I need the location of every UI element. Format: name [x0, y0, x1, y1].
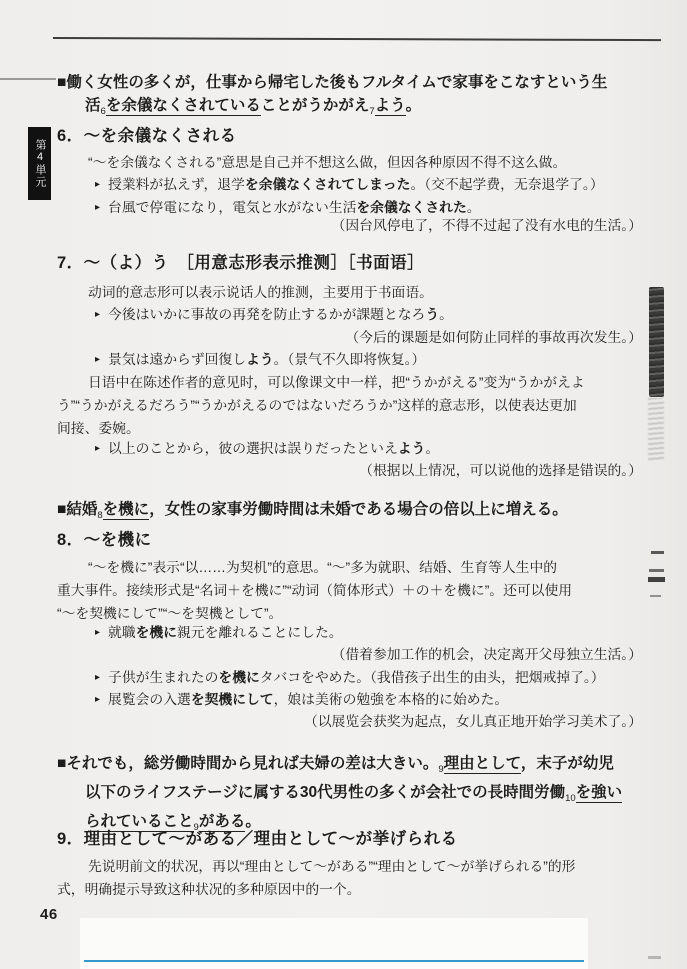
text-line: ▸景気は遠からず回復しよう。（景气不久即将恢复。）: [95, 348, 680, 373]
text-run: よう: [398, 441, 426, 456]
text-run: 。: [425, 441, 439, 456]
text-run: を機に: [218, 670, 259, 685]
text-line: （今后的课题是如何防止同样的事故再次发生。）: [57, 326, 642, 349]
page-number: 46: [40, 906, 58, 923]
sec8-body: “～を機に”表示“以……为契机”的意思。“～”多为就职、结婚、生育等人生中的重大…: [57, 556, 642, 625]
text-run: （因台风停电了，不得不过起了没有水电的生活。）: [332, 218, 642, 233]
left-margin-rule: [0, 78, 56, 80]
sec7-ex2: ▸景気は遠からず回復しよう。（景气不久即将恢复。）: [57, 348, 680, 373]
text-run: （以展览会获奖为起点，女儿真正地开始学习美术了。）: [304, 714, 642, 729]
text-run: 。: [439, 307, 453, 322]
blank-number: 8: [97, 510, 102, 521]
scan-smudge: [648, 577, 665, 582]
text-run: を機に: [136, 625, 177, 640]
text-run: 日语中在陈述作者的意见时，可以像课文中一样，把“うかがえる”变为“うかがえよ: [88, 375, 585, 390]
sec9-heading: 9．理由として～がある／理由として～が挙げられる: [57, 828, 642, 851]
text-line: 活6を余儀なくされていることがうかがえ7よう。: [57, 94, 642, 123]
sec6-body: “～を余儀なくされる”意思是自己并不想这么做，但因各种原因不得不这么做。: [57, 151, 642, 174]
text-run: 。（景气不久即将恢复。）: [274, 352, 426, 367]
text-run: 式，明确提示导致这种状况的多种原因中的一个。: [57, 882, 361, 897]
text-run: 。: [467, 200, 481, 215]
blank-number: 10: [565, 793, 576, 804]
unit-tab: 第4単元: [28, 127, 51, 200]
scan-smudge: [650, 595, 661, 597]
sec7-body2: 日语中在陈述作者的意见时，可以像课文中一样，把“うかがえる”变为“うかがえよう”…: [57, 371, 642, 440]
sec7-heading: 7．～（よ）う ［用意志形表示推测］［书面语］: [57, 252, 642, 275]
sec9-body: 先说明前文的状况，再以“理由として～がある”“理由として～が挙げられる”的形式，…: [57, 855, 642, 901]
sec8-ex1-trans: （借着参加工作的机会，决定离开父母独立生活。）: [57, 643, 687, 666]
text-run: よう: [375, 97, 406, 116]
sec7-ex1-trans: （今后的课题是如何防止同样的事故再次发生。）: [57, 326, 687, 349]
lead-8: ■結婚8を機に，女性の家事労働時間は未婚である場合の倍以上に増える。: [57, 498, 642, 527]
text-run: う”“うかがえるだろう”“うかがえるのではないだろうか”这样的意志形，以使表达更…: [57, 398, 577, 413]
text-run: 动词的意志形可以表示说话人的推测，主要用于书面语。: [88, 285, 433, 300]
text-run: 活: [85, 97, 101, 114]
text-run: 就職: [108, 625, 136, 640]
text-run: 展覧会の入選: [108, 692, 191, 707]
text-run: を余儀なくされてしまった: [245, 177, 411, 192]
text-line: 8．～を機に: [57, 529, 642, 552]
text-line: ▸今後はいかに事故の再発を防止するかが課題となろう。: [95, 303, 680, 328]
sec6-ex2-trans: （因台风停电了，不得不过起了没有水电的生活。）: [57, 214, 672, 237]
text-line: 7．～（よ）う ［用意志形表示推测］［书面语］: [57, 252, 642, 275]
text-run: “～を機に”表示“以……为契机”的意思。“～”多为就职、结婚、生育等人生中的: [88, 560, 557, 575]
text-run: よう: [246, 352, 274, 367]
text-line: ▸授業料が払えず，退学を余儀なくされてしまった。（交不起学费，无奈退学了。）: [95, 173, 680, 198]
blank-number: 7: [369, 106, 374, 117]
text-run: 理由として: [444, 755, 521, 774]
text-line: 6．～を余儀なくされる: [57, 125, 642, 148]
text-run: う: [425, 307, 439, 322]
text-run: “～を契機にして”“～を契機として”。: [57, 606, 282, 621]
text-run: 親元を離れることにした。: [177, 625, 343, 640]
text-line: 以下のライフステージに属する30代男性の多くが会社での長時間労働10を強い: [57, 781, 642, 810]
text-run: 以下のライフステージに属する30代男性の多くが会社での長時間労働: [85, 784, 565, 801]
text-run: 先说明前文的状况，再以“理由として～がある”“理由として～が挙げられる”的形: [88, 859, 575, 874]
scan-smudge: [649, 287, 664, 397]
unit-tab-label: 第4単元: [28, 139, 51, 188]
text-run: タバコをやめた。（我借孩子出生的由头，把烟戒掉了。）: [260, 670, 605, 685]
text-run: 8．～を機に: [57, 531, 152, 549]
text-run: 7．～（よ）う ［用意志形表示推测］［书面语］: [57, 254, 424, 272]
example-bullet-icon: ▸: [95, 666, 100, 689]
text-run: 重大事件。接续形式是“名词＋を機に”“动词（简体形式）＋の＋を機に”。还可以使用: [57, 583, 572, 598]
text-run: 授業料が払えず，退学: [108, 177, 245, 192]
text-run: 台風で停電になり，電気と水がない生活: [108, 200, 356, 215]
scan-smudge: [648, 956, 661, 959]
sec7-body: 动词的意志形可以表示说话人的推测，主要用于书面语。: [57, 281, 642, 304]
text-run: 9．理由として～がある／理由として～が挙げられる: [57, 830, 458, 848]
text-run: 6．～を余儀なくされる: [57, 127, 237, 145]
sec7-ex3-trans: （根据以上情况，可以说他的选择是错误的。）: [57, 459, 687, 482]
text-run: を余儀なくされた: [356, 200, 466, 215]
text-line: （因台风停电了，不得不过起了没有水电的生活。）: [57, 214, 642, 237]
text-run: ，女性の家事労働時間は未婚である場合の倍以上に増える。: [149, 501, 568, 518]
text-run: ■結婚: [57, 501, 97, 518]
text-line: 重大事件。接续形式是“名词＋を機に”“动词（简体形式）＋の＋を機に”。还可以使用: [57, 579, 642, 602]
text-line: ■働く女性の多くが，仕事から帰宅した後もフルタイムで家事をこなすという生: [57, 71, 642, 94]
text-line: ■結婚8を機に，女性の家事労働時間は未婚である場合の倍以上に増える。: [57, 498, 642, 527]
text-run: （借着参加工作的机会，决定离开父母独立生活。）: [332, 647, 642, 662]
lead-6-7: ■働く女性の多くが，仕事から帰宅した後もフルタイムで家事をこなすという生活6を余…: [57, 71, 642, 123]
text-run: 。（交不起学费，无奈退学了。）: [410, 177, 603, 192]
text-run: ことがうかがえ: [261, 97, 370, 114]
text-run: を強い: [576, 784, 623, 803]
sec6-ex1: ▸授業料が払えず，退学を余儀なくされてしまった。（交不起学费，无奈退学了。）: [57, 173, 680, 198]
text-run: を機に: [103, 501, 150, 520]
text-line: （根据以上情况，可以说他的选择是错误的。）: [57, 459, 642, 482]
text-run: を契機にして: [191, 692, 274, 707]
text-line: “～を機に”表示“以……为契机”的意思。“～”多为就职、结婚、生育等人生中的: [57, 556, 642, 579]
text-run: 子供が生まれたの: [108, 670, 218, 685]
blank-number: 9: [438, 764, 443, 775]
scan-smudge: [649, 569, 664, 572]
text-line: （以展览会获奖为起点，女儿真正地开始学习美术了。）: [57, 710, 642, 733]
text-run: （根据以上情况，可以说他的选择是错误的。）: [359, 463, 642, 478]
example-bullet-icon: ▸: [95, 688, 100, 711]
example-bullet-icon: ▸: [95, 348, 100, 371]
sec7-ex1: ▸今後はいかに事故の再発を防止するかが課題となろう。: [57, 303, 680, 328]
text-run: ，末子が幼児: [521, 755, 614, 772]
text-run: （今后的课题是如何防止同样的事故再次发生。）: [345, 330, 642, 345]
text-line: ■それでも，総労働時間から見れば夫婦の差は大きい。9理由として，末子が幼児: [57, 752, 642, 781]
sec8-heading: 8．～を機に: [57, 529, 642, 552]
text-run: を余儀なくされている: [106, 97, 261, 116]
example-bullet-icon: ▸: [95, 303, 100, 326]
example-bullet-icon: ▸: [95, 621, 100, 644]
text-line: 9．理由として～がある／理由として～が挙げられる: [57, 828, 642, 851]
text-line: （借着参加工作的机会，决定离开父母独立生活。）: [57, 643, 642, 666]
text-run: ■働く女性の多くが，仕事から帰宅した後もフルタイムで家事をこなすという生: [57, 74, 607, 91]
text-run: 今後はいかに事故の再発を防止するかが課題となろ: [108, 307, 425, 322]
text-run: 以上のことから，彼の選択は誤りだったといえ: [108, 441, 398, 456]
bottom-accent-line: [84, 960, 584, 962]
text-line: う”“うかがえるだろう”“うかがえるのではないだろうか”这样的意志形，以使表达更…: [57, 394, 642, 417]
text-run: ■それでも，総労働時間から見れば夫婦の差は大きい。: [57, 755, 438, 772]
sec8-ex3-trans: （以展览会获奖为起点，女儿真正地开始学习美术了。）: [57, 710, 687, 733]
top-rule: [53, 37, 661, 41]
example-bullet-icon: ▸: [95, 173, 100, 196]
scan-smudge: [648, 398, 664, 460]
text-line: 日语中在陈述作者的意见时，可以像课文中一样，把“うかがえる”变为“うかがえよ: [57, 371, 642, 394]
text-run: “～を余儀なくされる”意思是自己并不想这么做，但因各种原因不得不这么做。: [88, 155, 566, 170]
text-line: 先说明前文的状况，再以“理由として～がある”“理由として～が挙げられる”的形: [57, 855, 642, 878]
text-line: 动词的意志形可以表示说话人的推测，主要用于书面语。: [57, 281, 642, 304]
text-run: 间接、委婉。: [57, 421, 140, 436]
scanned-page: 第4単元 ■働く女性の多くが，仕事から帰宅した後もフルタイムで家事をこなすという…: [0, 0, 687, 969]
example-bullet-icon: ▸: [95, 437, 100, 460]
text-line: 式，明确提示导致这种状况的多种原因中的一个。: [57, 878, 642, 901]
sec6-heading: 6．～を余儀なくされる: [57, 125, 642, 148]
text-run: 景気は遠からず回復し: [108, 352, 246, 367]
lead-9-10: ■それでも，総労働時間から見れば夫婦の差は大きい。9理由として，末子が幼児以下の…: [57, 752, 642, 839]
text-run: ，娘は美術の勉強を本格的に始めた。: [274, 692, 509, 707]
text-run: 。: [406, 97, 422, 114]
scan-smudge: [651, 551, 664, 554]
text-line: “～を余儀なくされる”意思是自己并不想这么做，但因各种原因不得不这么做。: [57, 151, 642, 174]
